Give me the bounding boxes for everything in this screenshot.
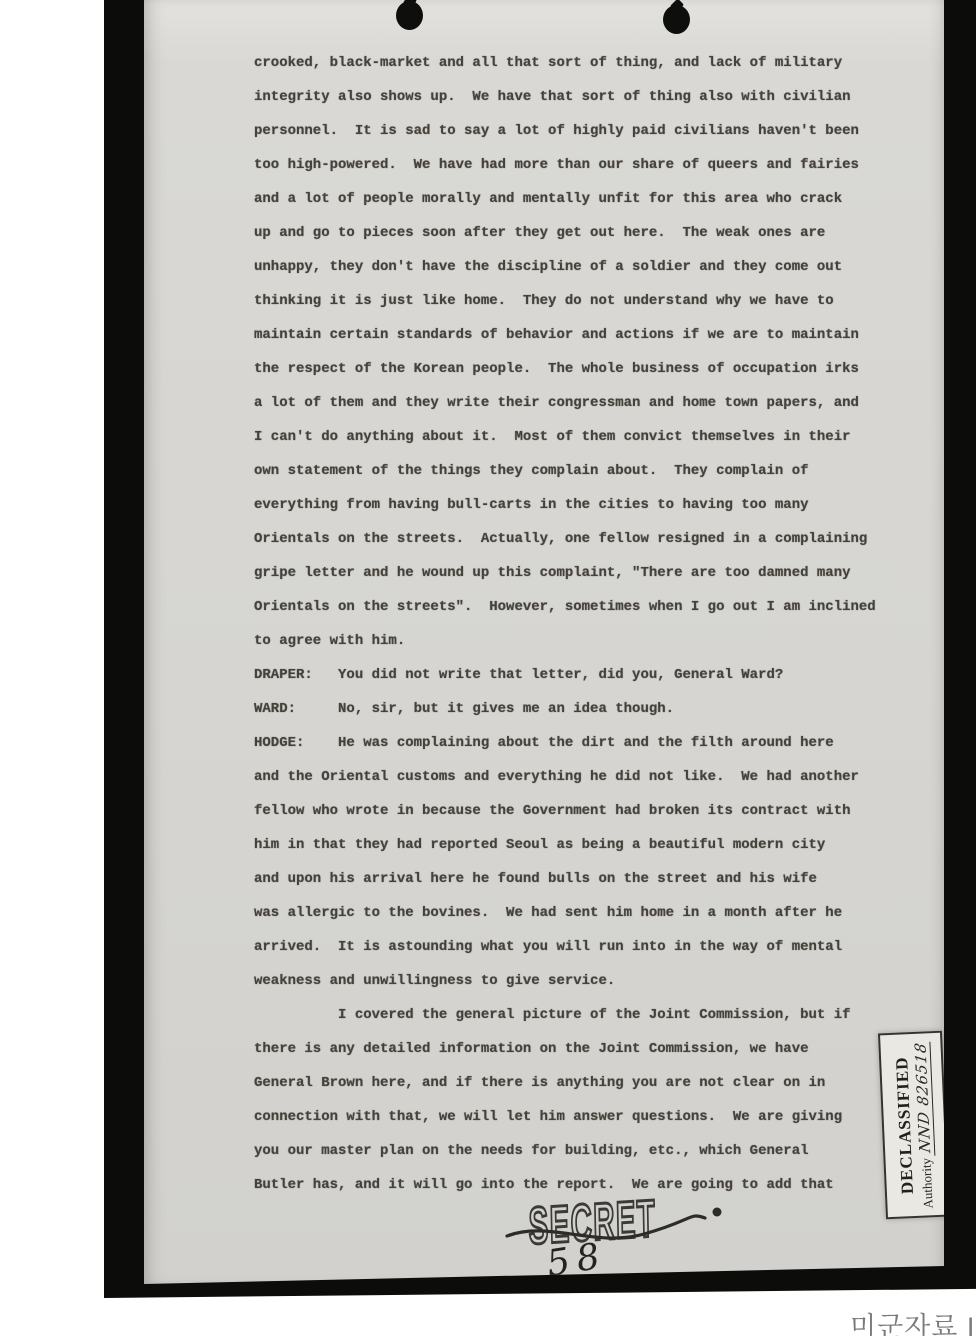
typed-line: General Brown here, and if there is anyt… xyxy=(254,1066,914,1100)
typed-line: everything from having bull-carts in the… xyxy=(254,488,914,522)
typed-line: personnel. It is sad to say a lot of hig… xyxy=(254,114,914,148)
secret-stamp: SECRET 58 xyxy=(499,1192,779,1284)
typed-line: unhappy, they don't have the discipline … xyxy=(254,250,914,284)
typed-line: gripe letter and he wound up this compla… xyxy=(254,556,914,590)
footer-caption: 미군자료 II 91 xyxy=(850,1312,976,1336)
typed-line: WARD: No, sir, but it gives me an idea t… xyxy=(254,692,914,726)
typed-line: crooked, black-market and all that sort … xyxy=(254,46,914,80)
typed-line: HODGE: He was complaining about the dirt… xyxy=(254,726,914,760)
typed-line: weakness and unwillingness to give servi… xyxy=(254,964,914,998)
typed-line: own statement of the things they complai… xyxy=(254,454,914,488)
punch-hole-icon xyxy=(396,1,423,30)
document-page: crooked, black-market and all that sort … xyxy=(144,0,944,1284)
typed-line: and a lot of people morally and mentally… xyxy=(254,182,914,216)
typed-line: integrity also shows up. We have that so… xyxy=(254,80,914,114)
authority-label: Authority xyxy=(918,1158,935,1209)
typed-line: I covered the general picture of the Joi… xyxy=(254,998,914,1032)
authority-number-handwritten: NND 826518 xyxy=(911,1039,935,1156)
footer-caption-text: 미군자료 II xyxy=(850,1312,976,1336)
typed-line: and upon his arrival here he found bulls… xyxy=(254,862,914,896)
typed-line: to agree with him. xyxy=(254,624,914,658)
typed-line: the respect of the Korean people. The wh… xyxy=(254,352,914,386)
punch-hole-icon xyxy=(663,5,690,34)
typed-line: fellow who wrote in because the Governme… xyxy=(254,794,914,828)
typed-line: maintain certain standards of behavior a… xyxy=(254,318,914,352)
typed-line: Orientals on the streets. Actually, one … xyxy=(254,522,914,556)
typed-line: too high-powered. We have had more than … xyxy=(254,148,914,182)
scan-frame: crooked, black-market and all that sort … xyxy=(104,0,976,1298)
typed-line: you our master plan on the needs for bui… xyxy=(254,1134,914,1168)
typed-line: Orientals on the streets". However, some… xyxy=(254,590,914,624)
typed-line: up and go to pieces soon after they get … xyxy=(254,216,914,250)
typed-line: I can't do anything about it. Most of th… xyxy=(254,420,914,454)
transcript-text: crooked, black-market and all that sort … xyxy=(254,46,914,1202)
typed-line: him in that they had reported Seoul as b… xyxy=(254,828,914,862)
typed-line: a lot of them and they write their congr… xyxy=(254,386,914,420)
typed-line: arrived. It is astounding what you will … xyxy=(254,930,914,964)
typed-line: and the Oriental customs and everything … xyxy=(254,760,914,794)
ink-dot xyxy=(713,1208,722,1217)
handwritten-page-number: 58 xyxy=(544,1235,609,1284)
typed-line: connection with that, we will let him an… xyxy=(254,1100,914,1134)
declassified-stamp-box: DECLASSIFIED Authority NND 826518 xyxy=(878,1031,944,1220)
typed-line: thinking it is just like home. They do n… xyxy=(254,284,914,318)
typed-line: DRAPER: You did not write that letter, d… xyxy=(254,658,914,692)
typed-line: there is any detailed information on the… xyxy=(254,1032,914,1066)
typed-line: was allergic to the bovines. We had sent… xyxy=(254,896,914,930)
